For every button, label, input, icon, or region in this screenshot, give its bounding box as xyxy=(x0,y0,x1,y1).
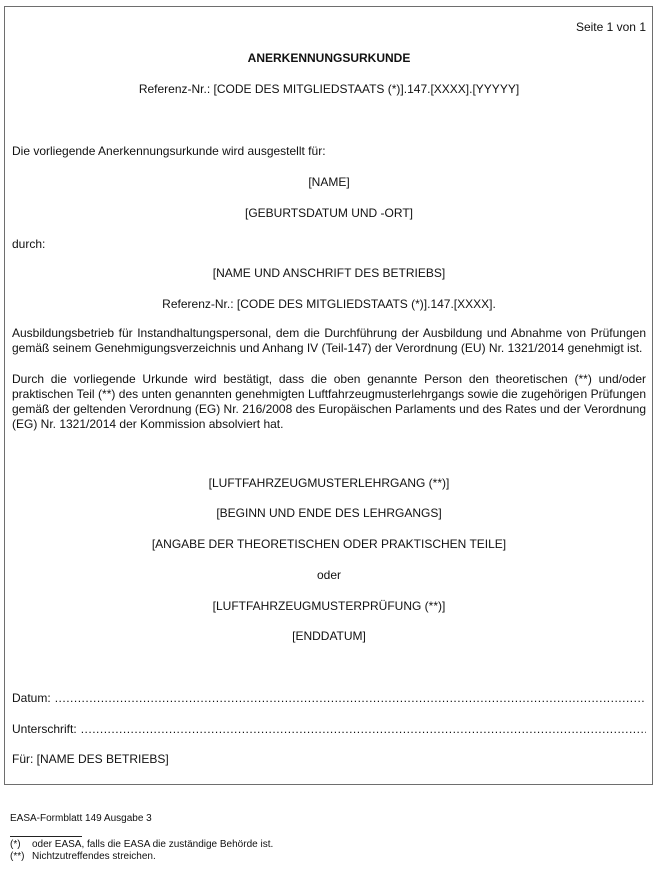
course-dates: [BEGINN UND ENDE DES LEHRGANGS] xyxy=(0,506,658,520)
course-type: [LUFTFAHRZEUGMUSTERLEHRGANG (**)] xyxy=(0,476,658,490)
or-label: oder xyxy=(0,568,658,582)
date-dotted-line: ........................................… xyxy=(55,691,646,705)
date-label: Datum: xyxy=(12,691,51,705)
organisation-reference: Referenz-Nr.: [CODE DES MITGLIEDSTAATS (… xyxy=(0,297,658,311)
signature-label: Unterschrift: xyxy=(12,722,77,736)
exam-type: [LUFTFAHRZEUGMUSTERPRÜFUNG (**)] xyxy=(0,599,658,613)
approval-paragraph: Ausbildungsbetrieb für Instandhaltungspe… xyxy=(12,326,646,356)
document-title: ANERKENNUNGSURKUNDE xyxy=(0,51,658,65)
holder-birth: [GEBURTSDATUM UND -ORT] xyxy=(0,206,658,220)
footnote-1-mark: (*) xyxy=(10,839,32,851)
issued-for-intro: Die vorliegende Anerkennungsurkunde wird… xyxy=(12,144,326,158)
confirmation-paragraph: Durch die vorliegende Urkunde wird bestä… xyxy=(12,372,646,432)
for-organisation: Für: [NAME DES BETRIEBS] xyxy=(12,752,169,766)
page-indicator: Seite 1 von 1 xyxy=(576,20,646,34)
by-label: durch: xyxy=(12,237,45,251)
footnote-1: (*)oder EASA, falls die EASA die zuständ… xyxy=(10,839,273,851)
certificate-reference: Referenz-Nr.: [CODE DES MITGLIEDSTAATS (… xyxy=(0,82,658,96)
footnote-rule xyxy=(10,836,82,837)
footnote-2-mark: (**) xyxy=(10,851,32,863)
signature-field: Unterschrift: ..........................… xyxy=(12,722,646,736)
organisation-name-address: [NAME UND ANSCHRIFT DES BETRIEBS] xyxy=(0,266,658,280)
end-date: [ENDDATUM] xyxy=(0,629,658,643)
footnote-2: (**)Nichtzutreffendes streichen. xyxy=(10,851,156,863)
signature-dotted-line: ........................................… xyxy=(81,722,646,736)
form-identifier: EASA-Formblatt 149 Ausgabe 3 xyxy=(10,812,152,826)
course-parts: [ANGABE DER THEORETISCHEN ODER PRAKTISCH… xyxy=(0,537,658,551)
footnote-2-text: Nichtzutreffendes streichen. xyxy=(32,851,156,862)
footnote-1-text: oder EASA, falls die EASA die zuständige… xyxy=(32,839,273,850)
holder-name: [NAME] xyxy=(0,175,658,189)
date-field: Datum: .................................… xyxy=(12,691,646,705)
